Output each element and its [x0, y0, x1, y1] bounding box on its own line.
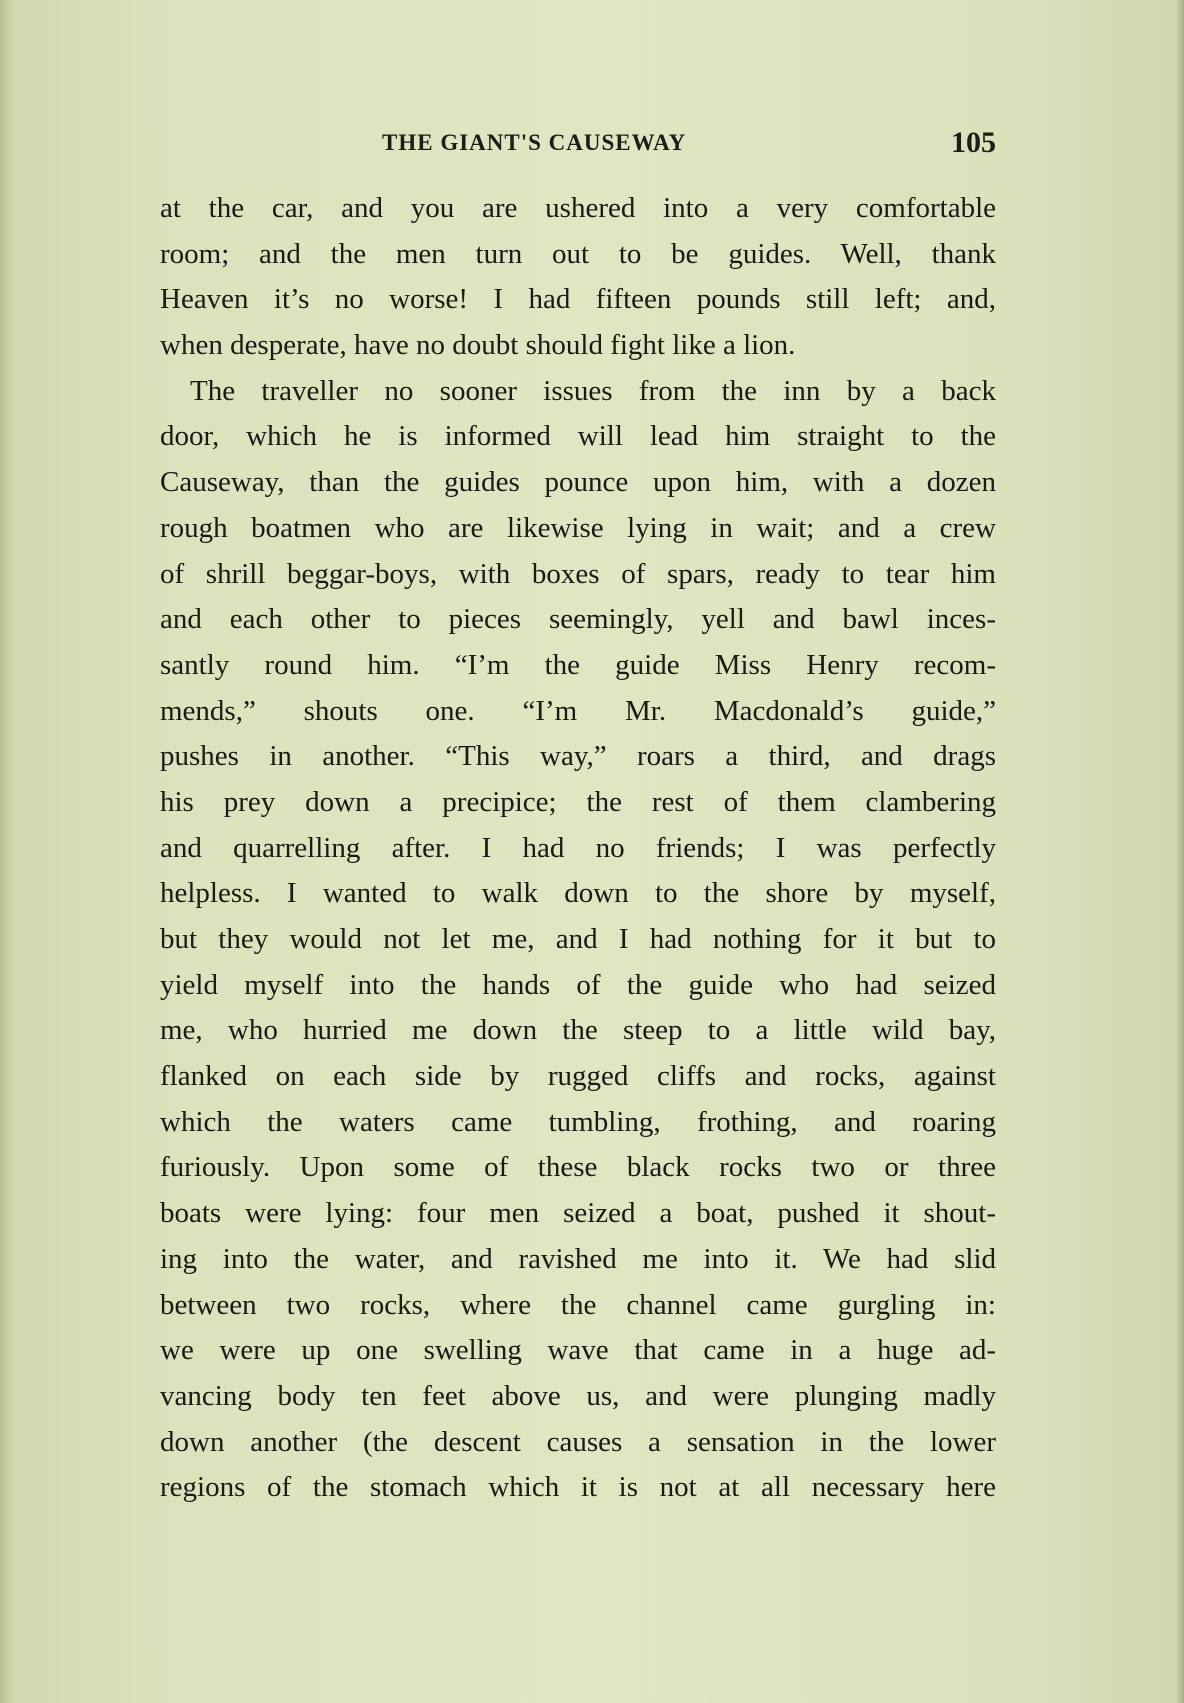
text-line: and each other to pieces seemingly, yell… [160, 597, 996, 643]
text-line: flanked on each side by rugged cliffs an… [160, 1054, 996, 1100]
text-line: mends,” shouts one. “I’m Mr. Macdonald’s… [160, 689, 996, 735]
paragraph-2: The traveller no sooner issues from the … [160, 369, 996, 1511]
text-line: and quarrelling after. I had no friends;… [160, 826, 996, 872]
page-number: 105 [951, 126, 996, 160]
chapter-title: THE GIANT'S CAUSEWAY [382, 130, 686, 156]
text-line: Causeway, than the guides pounce upon hi… [160, 460, 996, 506]
text-line: regions of the stomach which it is not a… [160, 1465, 996, 1511]
text-line: at the car, and you are ushered into a v… [160, 186, 996, 232]
text-line: santly round him. “I’m the guide Miss He… [160, 643, 996, 689]
text-line: ing into the water, and ravished me into… [160, 1237, 996, 1283]
text-line: between two rocks, where the channel cam… [160, 1283, 996, 1329]
paragraph-1: at the car, and you are ushered into a v… [160, 186, 996, 369]
text-line: furiously. Upon some of these black rock… [160, 1145, 996, 1191]
running-head: THE GIANT'S CAUSEWAY 105 [160, 130, 996, 166]
text-line: room; and the men turn out to be guides.… [160, 232, 996, 278]
text-line: his prey down a precipice; the rest of t… [160, 780, 996, 826]
text-line: pushes in another. “This way,” roars a t… [160, 734, 996, 780]
text-line: rough boatmen who are likewise lying in … [160, 506, 996, 552]
text-line: yield myself into the hands of the guide… [160, 963, 996, 1009]
page-edge-left [0, 0, 14, 1703]
text-line: me, who hurried me down the steep to a l… [160, 1008, 996, 1054]
text-line: vancing body ten feet above us, and were… [160, 1374, 996, 1420]
text-line: we were up one swelling wave that came i… [160, 1328, 996, 1374]
text-line: helpless. I wanted to walk down to the s… [160, 871, 996, 917]
body-text: at the car, and you are ushered into a v… [160, 186, 996, 1511]
text-line: door, which he is informed will lead him… [160, 414, 996, 460]
text-line: which the waters came tumbling, frothing… [160, 1100, 996, 1146]
book-page: THE GIANT'S CAUSEWAY 105 at the car, and… [0, 0, 1184, 1703]
text-line: of shrill beggar-boys, with boxes of spa… [160, 552, 996, 598]
page-edge-right [1176, 0, 1184, 1703]
text-line: but they would not let me, and I had not… [160, 917, 996, 963]
text-line: Heaven it’s no worse! I had fifteen poun… [160, 277, 996, 323]
text-line: down another (the descent causes a sensa… [160, 1420, 996, 1466]
text-line: when desperate, have no doubt should fig… [160, 323, 996, 369]
text-line: The traveller no sooner issues from the … [160, 369, 996, 415]
text-line: boats were lying: four men seized a boat… [160, 1191, 996, 1237]
